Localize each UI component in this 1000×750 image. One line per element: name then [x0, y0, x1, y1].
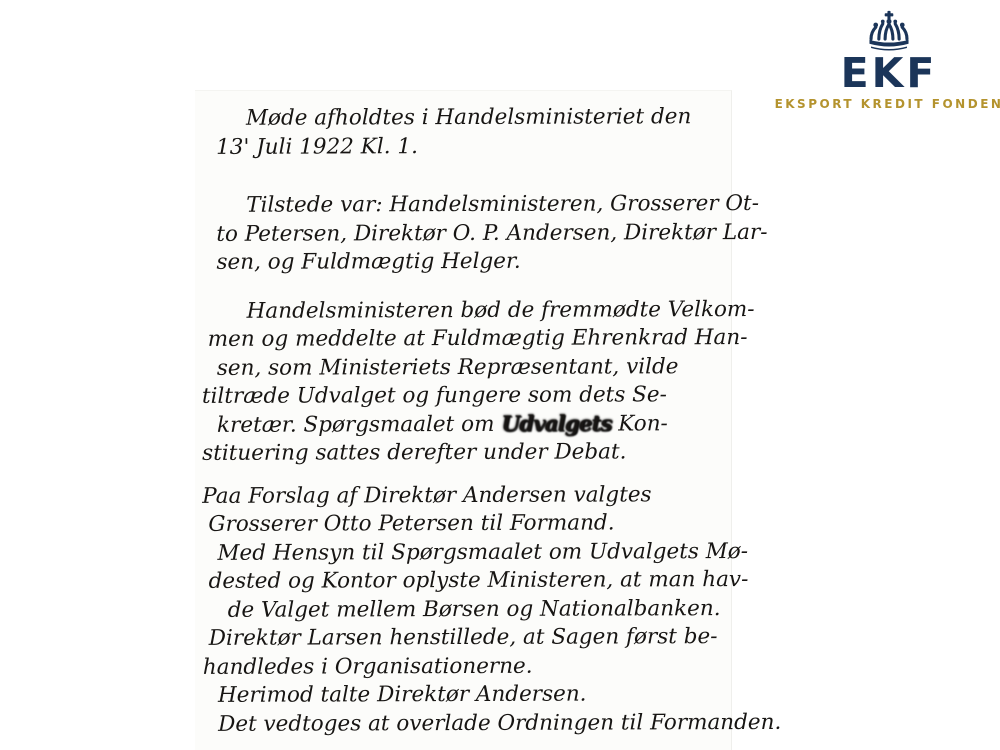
- handwriting-line: handledes i Organisationerne.: [200, 652, 728, 682]
- handwriting-line: 13' Juli 1922 Kl. 1.: [198, 132, 726, 162]
- handwriting-text: Kon-: [611, 411, 667, 436]
- paragraph: Handelsministeren bød de fremmødte Velko…: [199, 296, 728, 469]
- handwritten-text: Møde afholdtes i Handelsministeriet den …: [194, 90, 732, 739]
- brand-name: EKF: [841, 56, 938, 91]
- handwriting-line: stituering sattes derefter under Debat.: [199, 438, 727, 468]
- ekf-logo: EKF EKSPORT KREDIT FONDEN: [788, 10, 990, 111]
- handwriting-line: Handelsministeren bød de fremmødte Velko…: [199, 296, 727, 326]
- paragraph: Paa Forslag af Direktør Andersen valgtes…: [199, 481, 728, 739]
- handwriting-line: to Petersen, Direktør O. P. Andersen, Di…: [198, 219, 726, 249]
- handwriting-line: dested og Kontor oplyste Ministeren, at …: [200, 566, 728, 596]
- scanned-document: Møde afholdtes i Handelsministeriet den …: [195, 90, 732, 750]
- handwriting-line: kretær. Spørgsmaalet om Udvalgets Kon-: [199, 410, 727, 440]
- handwriting-line: Møde afholdtes i Handelsministeriet den: [198, 103, 726, 133]
- handwriting-line: men og meddelte at Fuldmægtig Ehrenkrad …: [199, 324, 727, 354]
- handwriting-line: Herimod talte Direktør Andersen.: [200, 680, 728, 710]
- slide: EKF EKSPORT KREDIT FONDEN Møde afholdtes…: [0, 0, 1000, 750]
- crown-icon: [864, 10, 914, 54]
- handwriting-line: sen, som Ministeriets Repræsentant, vild…: [199, 353, 727, 383]
- handwriting-line: Det vedtoges at overlade Ordningen til F…: [200, 709, 728, 739]
- brand-tagline: EKSPORT KREDIT FONDEN: [775, 97, 1000, 111]
- handwriting-line: Med Hensyn til Spørgsmaalet om Udvalgets…: [199, 538, 727, 568]
- handwriting-line: Paa Forslag af Direktør Andersen valgtes: [199, 481, 727, 511]
- handwriting-line: sen, og Fuldmægtig Helger.: [198, 247, 726, 277]
- handwriting-line: Grosserer Otto Petersen til Formand.: [199, 509, 727, 539]
- paragraph: Tilstede var: Handelsministeren, Grosser…: [198, 190, 726, 277]
- ink-blot: Udvalgets: [501, 411, 611, 436]
- handwriting-line: Direktør Larsen henstillede, at Sagen fø…: [200, 623, 728, 653]
- handwriting-text: kretær. Spørgsmaalet om: [217, 411, 501, 437]
- handwriting-line: tiltræde Udvalget og fungere som dets Se…: [199, 381, 727, 411]
- handwriting-line: de Valget mellem Børsen og Nationalbanke…: [200, 595, 728, 625]
- paragraph: Møde afholdtes i Handelsministeriet den …: [198, 103, 726, 162]
- handwriting-line: Tilstede var: Handelsministeren, Grosser…: [198, 190, 726, 220]
